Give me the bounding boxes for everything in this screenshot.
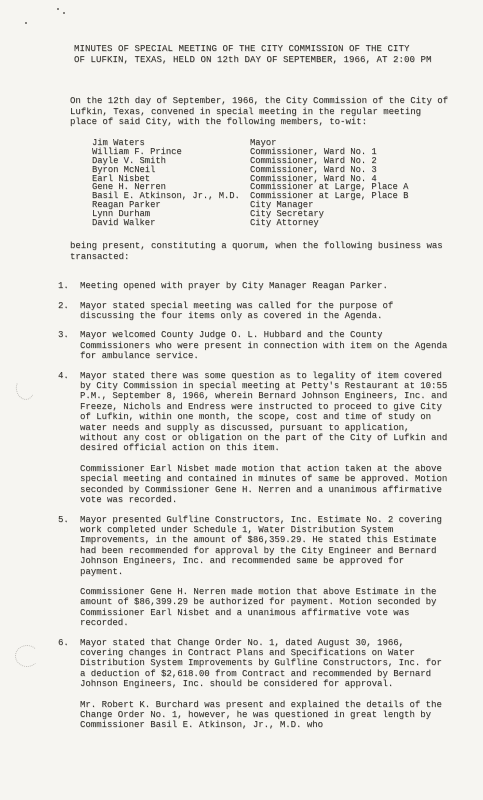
item-number: 6. <box>58 638 80 731</box>
item-paragraph: Commissioner Gene H. Nerren made motion … <box>80 587 452 629</box>
agenda-items: 1. Meeting opened with prayer by City Ma… <box>58 281 462 731</box>
quorum-paragraph: being present, constituting a quorum, wh… <box>70 241 452 262</box>
scan-speck <box>63 12 65 14</box>
item-body: Mayor stated there was some question as … <box>80 371 462 506</box>
item-body: Mayor welcomed County Judge O. L. Hubbar… <box>80 330 462 361</box>
member-roster: Jim WatersMayor William F. PrinceCommiss… <box>92 139 462 227</box>
agenda-item-2: 2. Mayor stated special meeting was call… <box>58 301 462 322</box>
scan-speck <box>25 22 27 24</box>
item-paragraph: Mayor stated that Change Order No. 1, da… <box>80 638 452 690</box>
title-line-1: MINUTES OF SPECIAL MEETING OF THE CITY C… <box>74 44 462 55</box>
agenda-item-4: 4. Mayor stated there was some question … <box>58 371 462 506</box>
item-body: Mayor stated that Change Order No. 1, da… <box>80 638 462 731</box>
item-paragraph: Mayor presented Gulfline Constructors, I… <box>80 515 452 577</box>
item-paragraph: Mayor stated special meeting was called … <box>80 301 452 322</box>
item-body: Meeting opened with prayer by City Manag… <box>80 281 462 291</box>
item-number: 3. <box>58 330 80 361</box>
item-body: Mayor presented Gulfline Constructors, I… <box>80 515 462 629</box>
scanned-document-page: MINUTES OF SPECIAL MEETING OF THE CITY C… <box>0 0 483 800</box>
agenda-item-3: 3. Mayor welcomed County Judge O. L. Hub… <box>58 330 462 361</box>
item-paragraph: Commissioner Earl Nisbet made motion tha… <box>80 464 452 506</box>
item-paragraph: Meeting opened with prayer by City Manag… <box>80 281 452 291</box>
intro-paragraph: On the 12th day of September, 1966, the … <box>70 96 452 127</box>
item-number: 4. <box>58 371 80 506</box>
member-row: David WalkerCity Attorney <box>92 219 462 228</box>
agenda-item-5: 5. Mayor presented Gulfline Constructors… <box>58 515 462 629</box>
item-body: Mayor stated special meeting was called … <box>80 301 462 322</box>
document-title: MINUTES OF SPECIAL MEETING OF THE CITY C… <box>74 44 462 65</box>
title-line-2: OF LUFKIN, TEXAS, HELD ON 12th DAY OF SE… <box>74 55 462 66</box>
member-name: David Walker <box>92 219 250 228</box>
item-paragraph: Mayor stated there was some question as … <box>80 371 452 454</box>
scan-speck <box>57 8 59 10</box>
margin-mark <box>15 645 39 667</box>
item-number: 2. <box>58 301 80 322</box>
agenda-item-6: 6. Mayor stated that Change Order No. 1,… <box>58 638 462 731</box>
item-paragraph: Mr. Robert K. Burchard was present and e… <box>80 700 452 731</box>
agenda-item-1: 1. Meeting opened with prayer by City Ma… <box>58 281 462 291</box>
member-role: City Attorney <box>250 218 319 228</box>
document-content: MINUTES OF SPECIAL MEETING OF THE CITY C… <box>58 40 462 740</box>
margin-mark <box>13 376 36 402</box>
item-number: 1. <box>58 281 80 291</box>
item-paragraph: Mayor welcomed County Judge O. L. Hubbar… <box>80 330 452 361</box>
item-number: 5. <box>58 515 80 629</box>
